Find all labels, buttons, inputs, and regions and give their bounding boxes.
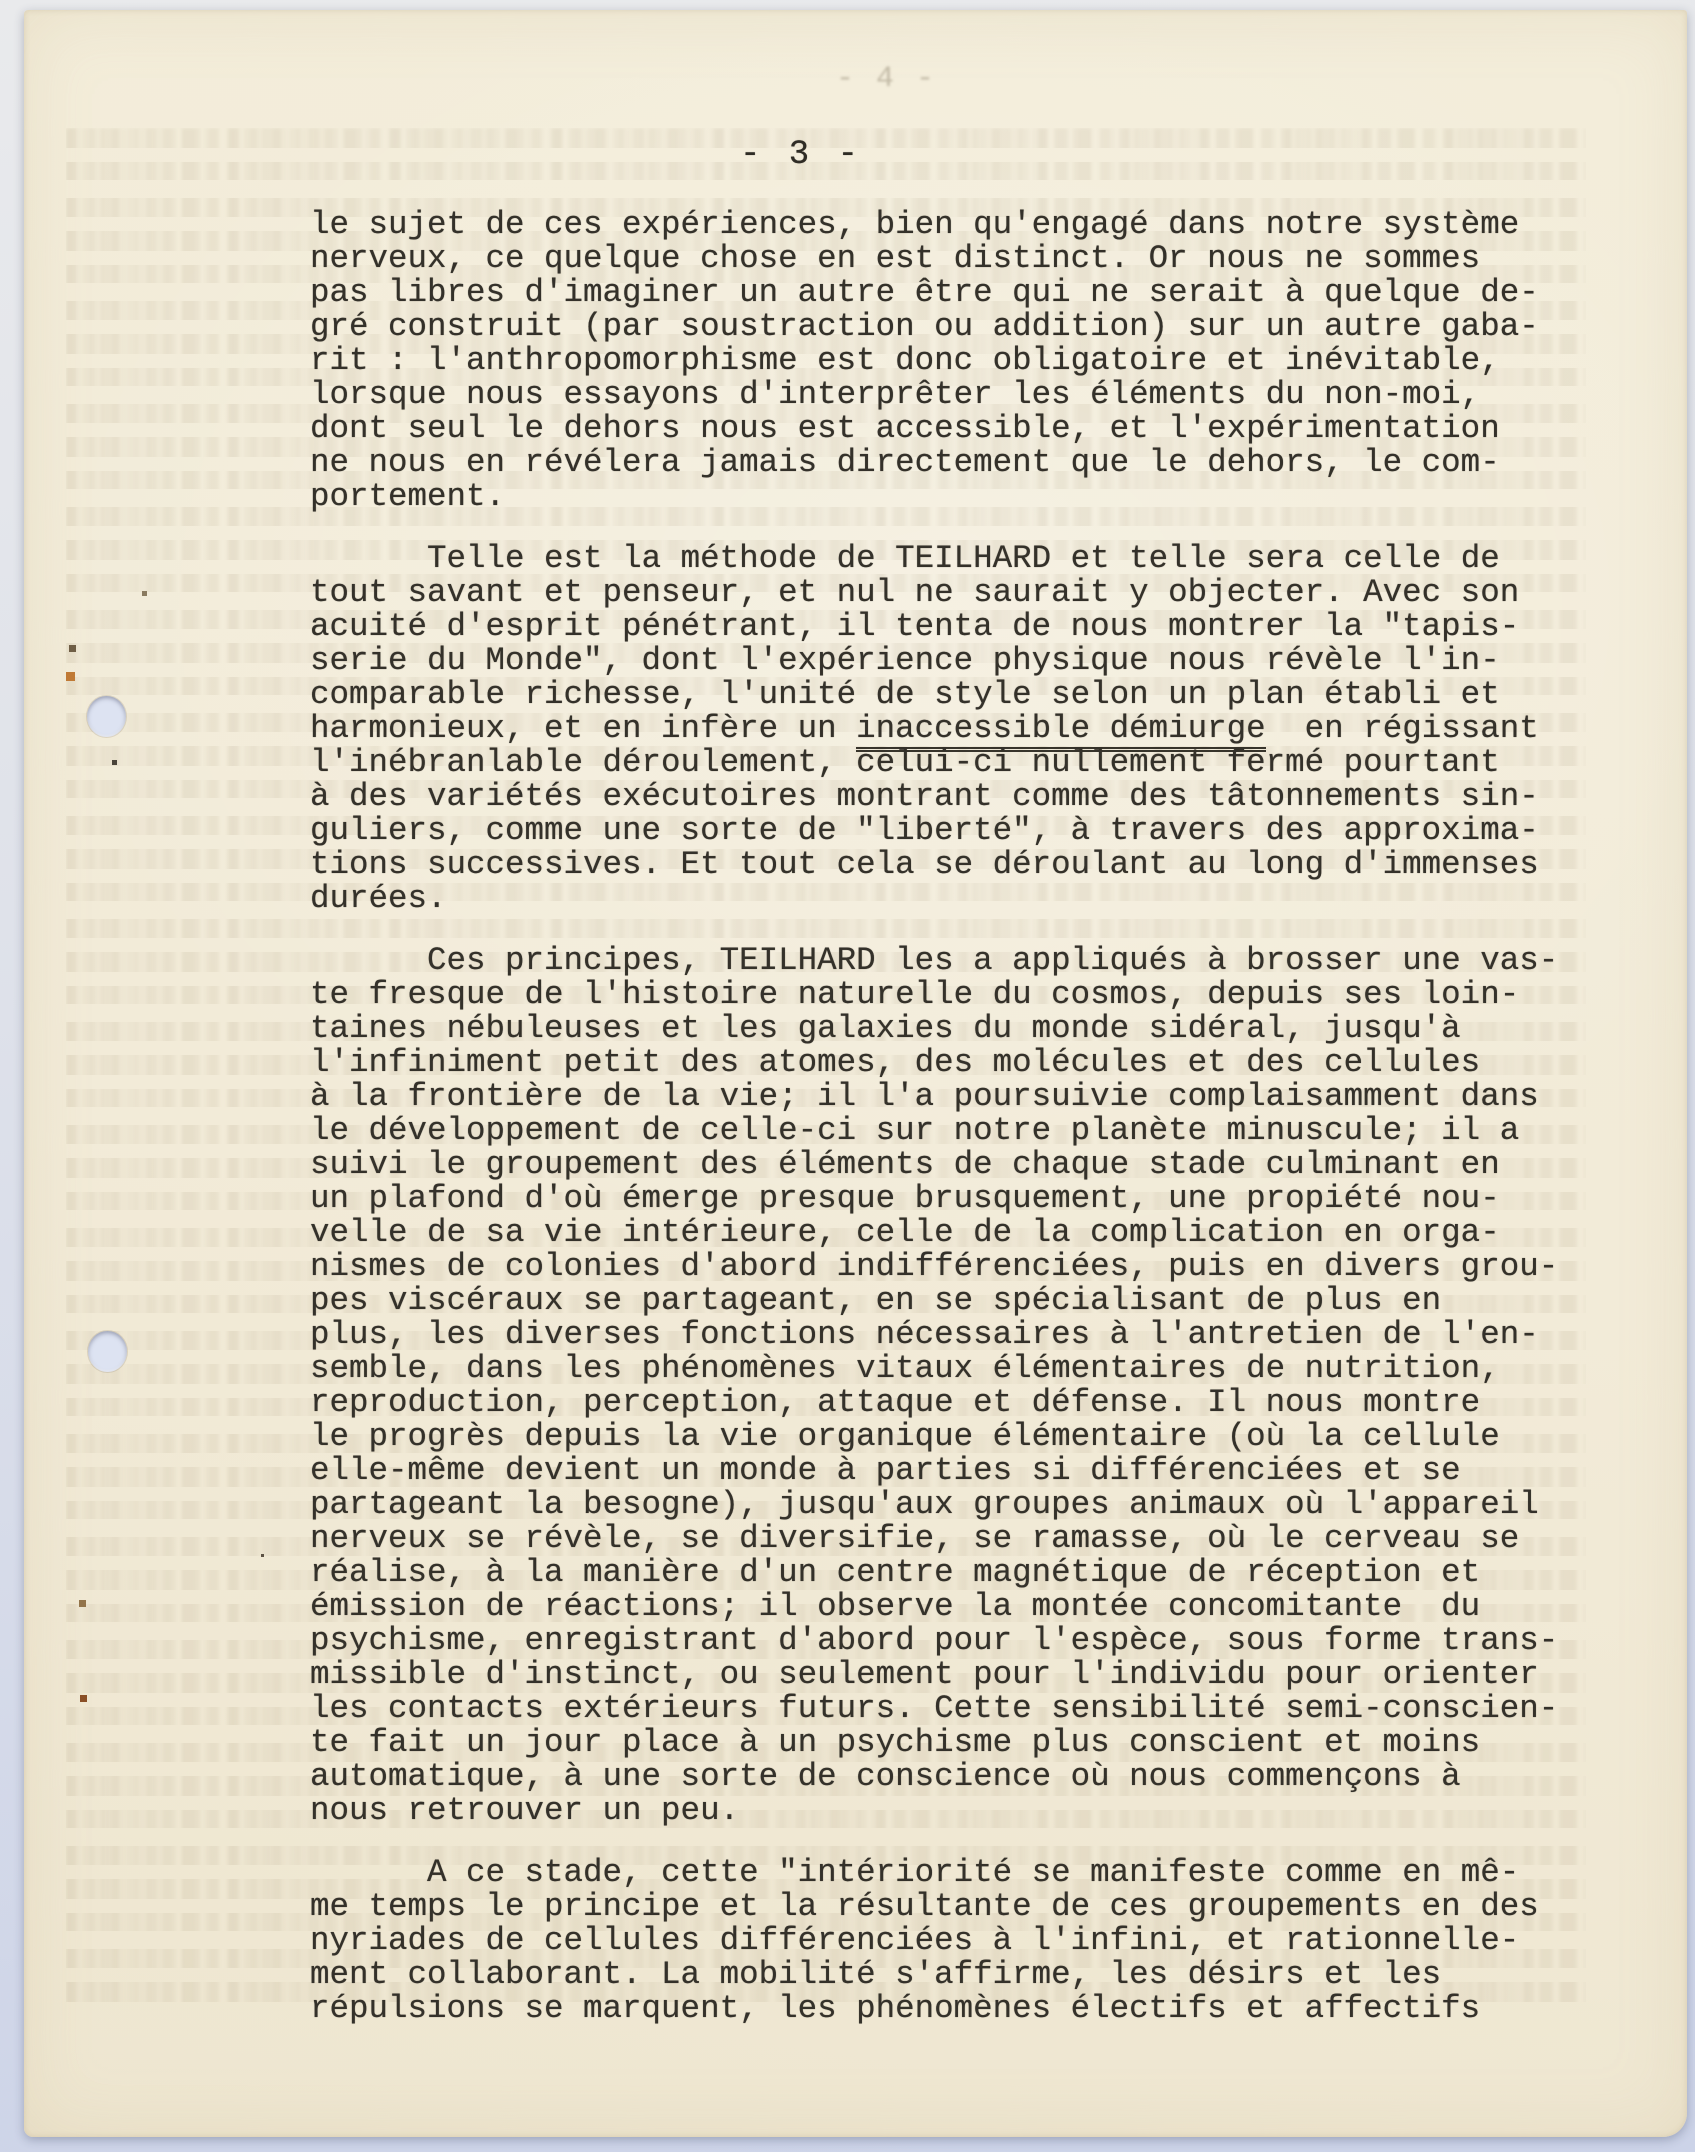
- typewritten-text: le sujet de ces expériences, bien qu'eng…: [310, 208, 1655, 2054]
- page-number: - 3 -: [740, 136, 862, 174]
- paragraph-3: Ces principes, TEILHARD les a appliqués …: [310, 944, 1655, 1828]
- paper-stain-specks: [24, 10, 25, 11]
- paragraph-4: A ce stade, cette "intériorité se manife…: [310, 1856, 1655, 2026]
- paragraph-2: Telle est la méthode de TEILHARD et tell…: [310, 542, 1655, 916]
- punch-hole-bottom: [88, 1331, 127, 1372]
- paragraph-1: le sujet de ces expériences, bien qu'eng…: [310, 208, 1655, 514]
- scanned-document-page: { "page": { "number": "- 3 -", "ghost_nu…: [0, 0, 1695, 2152]
- punch-hole-top: [87, 696, 126, 737]
- paper-sheet: - 4 - - 3 - le sujet de ces expériences,…: [24, 10, 1687, 2137]
- ghost-page-number: - 4 -: [836, 62, 936, 96]
